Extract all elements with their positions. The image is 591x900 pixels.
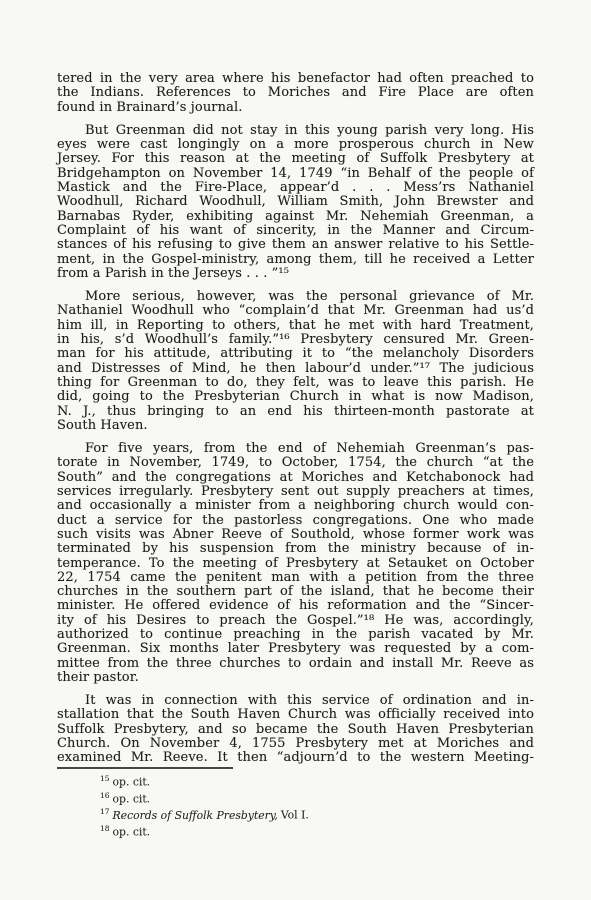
text-line: South Haven. [57, 419, 534, 433]
text-line: from a Parish in the Jerseys . . . ”¹⁵ [57, 267, 534, 281]
text-line: mittee from the three churches to ordain… [57, 657, 534, 671]
footnote-separator-rule [57, 767, 233, 769]
text-line: Barnabas Ryder, exhibiting against Mr. N… [57, 210, 534, 224]
text-line: and Distresses of Mind, he then labour’d… [57, 362, 534, 376]
text-line: Nathaniel Woodhull who “complain’d that … [57, 304, 534, 318]
text-line: authorized to continue preaching in the … [57, 628, 534, 642]
text-line: N. J., thus bringing to an end his thirt… [57, 405, 534, 419]
footnote-source-title: Records of Suffolk Presbytery, [113, 809, 278, 822]
body-text: tered in the very area where his benefac… [57, 72, 534, 775]
text-line: temperance. To the meeting of Presbytery… [57, 557, 534, 571]
footnote-text: Vol I. [281, 809, 309, 822]
footnote: 15op. cit. [100, 772, 520, 789]
text-line: Mastick and the Fire-Place, appear’d . .… [57, 181, 534, 195]
text-line: and occasionally a minister from a neigh… [57, 499, 534, 513]
text-line: Suffolk Presbytery, and so became the So… [57, 723, 534, 737]
text-line: ment, in the Gospel-ministry, among them… [57, 253, 534, 267]
footnote-number: 17 [100, 807, 110, 816]
text-line: the Indians. References to Moriches and … [57, 86, 534, 100]
footnotes: 15op. cit.16op. cit.17Records of Suffolk… [100, 772, 520, 838]
footnote-number: 15 [100, 774, 110, 783]
footnote-text: op. cit. [113, 825, 151, 838]
text-line: Greenman. Six months later Presbytery wa… [57, 642, 534, 656]
text-line: their pastor. [57, 671, 534, 685]
text-line: Complaint of his want of sincerity, in t… [57, 224, 534, 238]
footnote: 17Records of Suffolk Presbytery,Vol I. [100, 805, 520, 822]
text-line: Jersey. For this reason at the meeting o… [57, 152, 534, 166]
text-line: torate in November, 1749, to October, 17… [57, 456, 534, 470]
text-line: Woodhull, Richard Woodhull, William Smit… [57, 195, 534, 209]
text-line: 22, 1754 came the penitent man with a pe… [57, 571, 534, 585]
book-page: tered in the very area where his benefac… [0, 0, 591, 900]
footnote: 18op. cit. [100, 822, 520, 839]
footnote-number: 18 [100, 824, 110, 833]
text-line: services irregularly. Presbytery sent ou… [57, 485, 534, 499]
text-line: man for his attitude, attributing it to … [57, 347, 534, 361]
text-line: stances of his refusing to give them an … [57, 238, 534, 252]
text-line: It was in connection with this service o… [57, 694, 534, 708]
text-line: South” and the congregations at Moriches… [57, 471, 534, 485]
text-line: did, going to the Presbyterian Church in… [57, 390, 534, 404]
footnote-number: 16 [100, 791, 110, 800]
text-line: found in Brainard’s journal. [57, 101, 534, 115]
text-line: tered in the very area where his benefac… [57, 72, 534, 86]
paragraph: But Greenman did not stay in this young … [57, 124, 534, 281]
text-line: But Greenman did not stay in this young … [57, 124, 534, 138]
footnote-text: op. cit. [113, 792, 151, 805]
footnote: 16op. cit. [100, 789, 520, 806]
text-line: such visits was Abner Reeve of Southold,… [57, 528, 534, 542]
paragraph: More serious, however, was the personal … [57, 290, 534, 433]
text-line: duct a service for the pastorless congre… [57, 514, 534, 528]
text-line: thing for Greenman to do, they felt, was… [57, 376, 534, 390]
paragraph: For five years, from the end of Nehemiah… [57, 442, 534, 685]
text-line: terminated by his suspension from the mi… [57, 542, 534, 556]
text-line: ity of his Desires to preach the Gospel.… [57, 614, 534, 628]
text-line: him ill, in Reporting to others, that he… [57, 319, 534, 333]
paragraph: It was in connection with this service o… [57, 694, 534, 765]
text-line: examined Mr. Reeve. It then “adjourn’d t… [57, 751, 534, 765]
text-line: minister. He offered evidence of his ref… [57, 599, 534, 613]
text-line: Bridgehampton on November 14, 1749 “in B… [57, 167, 534, 181]
paragraph: tered in the very area where his benefac… [57, 72, 534, 115]
text-line: stallation that the South Haven Church w… [57, 708, 534, 722]
text-line: eyes were cast longingly on a more prosp… [57, 138, 534, 152]
footnote-text: op. cit. [113, 776, 151, 789]
